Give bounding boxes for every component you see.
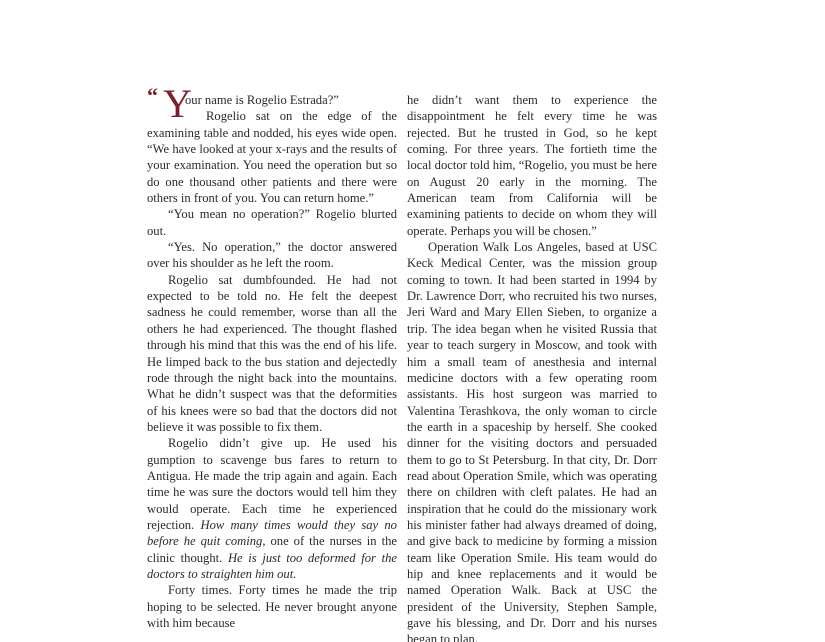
right-column: he didn’t want them to experience the di… xyxy=(407,92,657,642)
book-page: “ Y our name is Rogelio Estrada?” Rogeli… xyxy=(147,92,657,642)
paragraph: Forty times. Forty times he made the tri… xyxy=(147,582,397,631)
left-column: “ Y our name is Rogelio Estrada?” Rogeli… xyxy=(147,92,397,642)
paragraph: Operation Walk Los Angeles, based at USC… xyxy=(407,239,657,642)
paragraph: Rogelio didn’t give up. He used his gump… xyxy=(147,435,397,582)
opening-line-text: our name is Rogelio Estrada?” xyxy=(185,92,339,108)
paragraph: “You mean no operation?” Rogelio blurted… xyxy=(147,206,397,239)
paragraph-continuation: he didn’t want them to experience the di… xyxy=(407,92,657,239)
paragraph: “Yes. No operation,” the doctor answered… xyxy=(147,239,397,272)
opening-quote-mark: “ xyxy=(147,88,157,104)
opening-line: “ Y our name is Rogelio Estrada?” xyxy=(147,92,397,108)
paragraph: Rogelio sat dumbfounded. He had not expe… xyxy=(147,272,397,435)
